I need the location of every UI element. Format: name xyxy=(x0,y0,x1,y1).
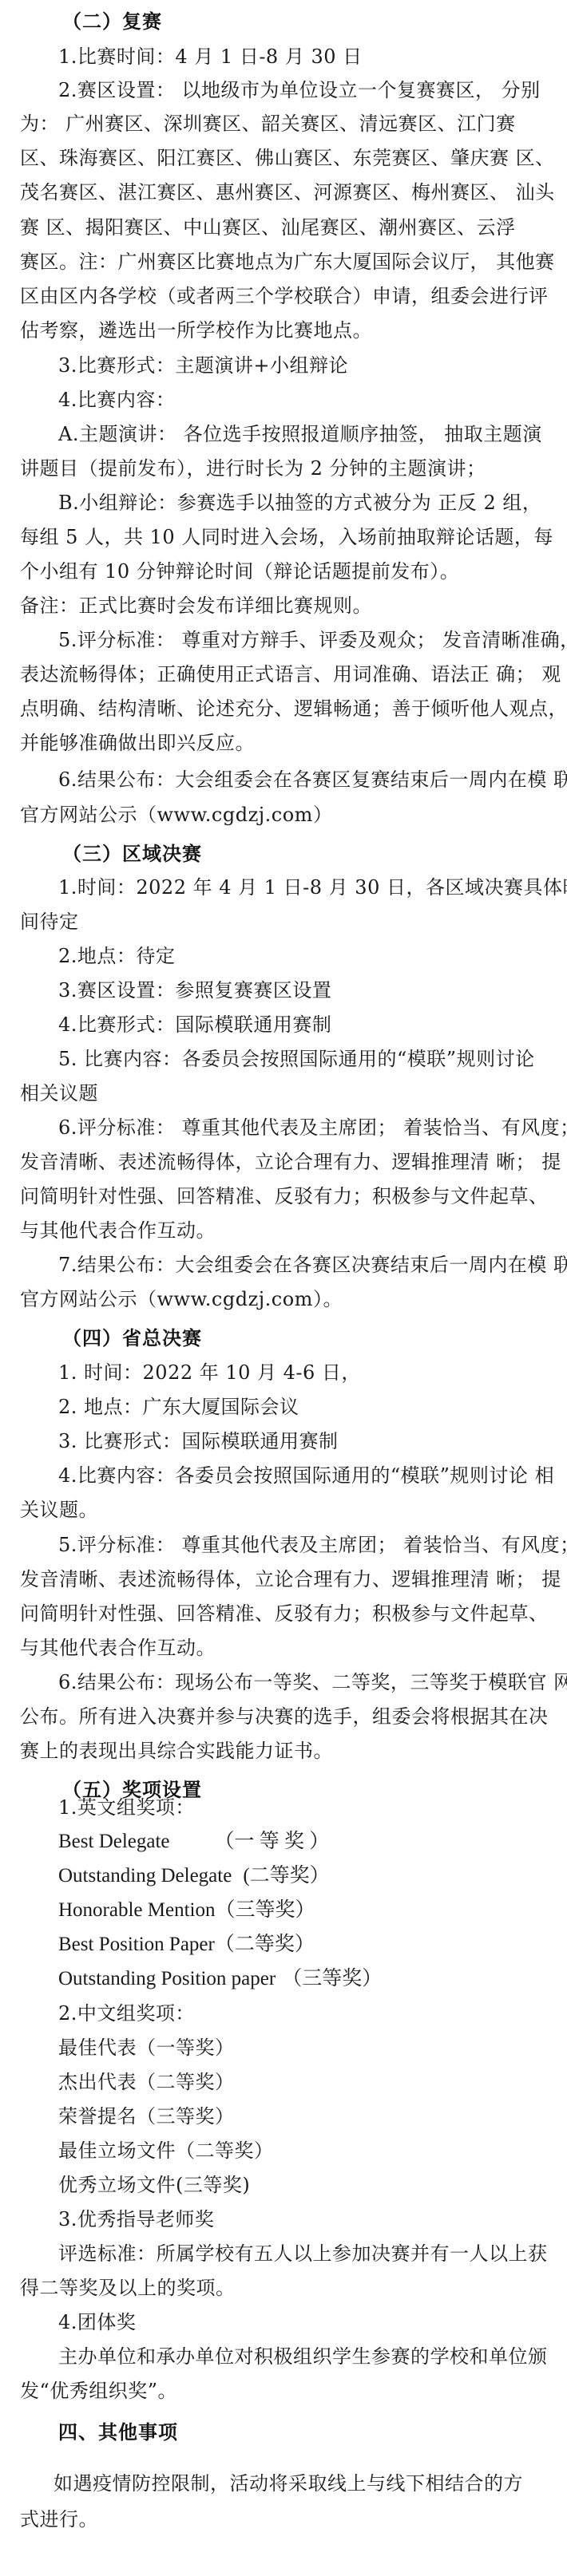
paragraph-line: 每组 5 人，共 10 人同时进入会场，入场前抽取辩论话题，每 xyxy=(20,525,553,549)
award-item-best-position-paper: Best Position Paper（二等奖） xyxy=(58,1933,315,1957)
award-item: 最佳立场文件（二等奖） xyxy=(58,2139,274,2163)
award-name: Honorable Mention xyxy=(58,1899,215,1921)
paragraph-line: 发音清晰、表述流畅得体，立论合理有力、逻辑推理清 晰； 提 xyxy=(20,1150,561,1174)
paragraph-line: 6.结果公布：现场公布一等奖、二等奖，三等奖于模联官 网 xyxy=(58,1670,567,1694)
paragraph-line: 相关议题 xyxy=(20,1081,98,1105)
paragraph-line: 1. 时间：2022 年 10 月 4-6 日， xyxy=(58,1361,361,1385)
award-rank: （三等奖） xyxy=(215,1899,315,1921)
paragraph-line: 2. 地点：广东大厦国际会议 xyxy=(58,1395,299,1419)
paragraph-line: 2.地点：待定 xyxy=(58,944,175,968)
award-item: 优秀立场文件(三等奖) xyxy=(58,2173,250,2197)
paragraph-line: 赛区。注：广州赛区比赛地点为广东大厦国际会议厅， 其他赛 xyxy=(20,250,555,274)
paragraph-line: 发“优秀组织奖”。 xyxy=(20,2379,177,2403)
section-heading-other-matters: 四、其他事项 xyxy=(58,2420,178,2444)
paragraph-line: B.小组辩论：参赛选手以抽签的方式被分为 正反 2 组， xyxy=(58,491,541,515)
paragraph-line: 与其他代表合作互动。 xyxy=(20,1219,216,1243)
paragraph-line: 6.结果公布：大会组委会在各赛区复赛结束后一周内在模 联 xyxy=(58,768,567,792)
paragraph-line: 赛 区、揭阳赛区、中山赛区、汕尾赛区、潮州赛区、云浮 xyxy=(20,215,516,239)
paragraph-line: 5.评分标准： 尊重对方辩手、评委及观众； 发音清晰准确， xyxy=(58,628,567,652)
paragraph-line: A.主题演讲： 各位选手按照报道顺序抽签， 抽取主题演 xyxy=(58,422,542,446)
paragraph-line: 讲题目（提前发布），进行时长为 2 分钟的主题演讲； xyxy=(20,456,486,480)
award-name: Best Delegate xyxy=(58,1831,170,1852)
paragraph-line: 公布。所有进入决赛并参与决赛的选手，组委会将根据其在决 xyxy=(20,1705,549,1729)
paragraph-line: 表达流畅得体；正确使用正式语言、用词准确、语法正 确； 观 xyxy=(20,662,561,686)
paragraph-line: 3.比赛形式：主题演讲+小组辩论 xyxy=(58,354,348,377)
award-rank: （三等奖） xyxy=(282,1968,382,1989)
paragraph-line: 关议题。 xyxy=(20,1498,98,1522)
paragraph-line: 点明确、结构清晰、论述充分、逻辑畅通；善于倾听他人观点， xyxy=(20,697,567,721)
paragraph-line: 1.时间：2022 年 4 月 1 日-8 月 30 日，各区域决赛具体时 xyxy=(58,875,567,899)
award-name: Outstanding Position paper xyxy=(58,1968,276,1989)
paragraph-line: 个小组有 10 分钟辩论时间（辩论话题提前发布）。 xyxy=(20,559,459,583)
paragraph-line: 如遇疫情防控限制，活动将采取线上与线下相结合的方 xyxy=(54,2471,523,2495)
paragraph-line: 官方网站公示（www.cgdzj.com）。 xyxy=(20,1287,343,1311)
award-item-best-delegate: Best Delegate（一 等 奖 ） xyxy=(58,1830,329,1854)
paragraph-line: 式进行。 xyxy=(20,2507,98,2531)
award-item-honorable-mention: Honorable Mention（三等奖） xyxy=(58,1898,315,1922)
section-heading-semifinal: （二）复赛 xyxy=(62,10,162,34)
teacher-award-title: 3.优秀指导老师奖 xyxy=(58,2207,214,2231)
paragraph-line: 4.比赛形式：国际模联通用赛制 xyxy=(58,1013,331,1037)
paragraph-line: 2.赛区设置： 以地级市为单位设立一个复赛赛区， 分别 xyxy=(58,78,541,102)
award-rank: （一 等 奖 ） xyxy=(215,1831,330,1852)
award-item: 杰出代表（二等奖） xyxy=(58,2070,235,2094)
award-item: 最佳代表（一等奖） xyxy=(58,2036,235,2060)
paragraph-line: 茂名赛区、湛江赛区、惠州赛区、河源赛区、梅州赛区、 汕头 xyxy=(20,180,555,204)
english-awards-title: 1.英文组奖项： xyxy=(58,1796,195,1819)
paragraph-line: 得二等奖及以上的奖项。 xyxy=(20,2276,236,2300)
paragraph-line: 4.比赛内容：各委员会按照国际通用的“模联”规则讨论 相 xyxy=(58,1464,554,1488)
award-rank: (二等奖） xyxy=(243,1865,329,1887)
paragraph-line: 问简明针对性强、回答精准、反驳有力；积极参与文件起草、 xyxy=(20,1184,549,1208)
paragraph-line: 问简明针对性强、回答精准、反驳有力；积极参与文件起草、 xyxy=(20,1602,549,1626)
paragraph-line: 3. 比赛形式：国际模联通用赛制 xyxy=(58,1429,339,1453)
award-item: 荣誉提名（三等奖） xyxy=(58,2104,235,2128)
award-item-outstanding-position-paper: Outstanding Position paper（三等奖） xyxy=(58,1967,382,1991)
paragraph-line: 1.比赛时间：4 月 1 日-8 月 30 日 xyxy=(58,45,363,69)
award-name: Best Position Paper xyxy=(58,1934,215,1955)
paragraph-line: 备注：正式比赛时会发布详细比赛规则。 xyxy=(20,594,372,618)
paragraph-line: 7.结果公布：大会组委会在各赛区决赛结束后一周内在模 联 xyxy=(58,1253,567,1277)
chinese-awards-title: 2.中文组奖项： xyxy=(58,2001,195,2025)
paragraph-line: 5. 比赛内容：各委员会按照国际通用的“模联”规则讨论 xyxy=(58,1047,535,1071)
section-heading-regional-final: （三）区域决赛 xyxy=(62,842,202,866)
paragraph-line: 并能够准确做出即兴反应。 xyxy=(20,731,255,755)
paragraph-line: 5.评分标准： 尊重其他代表及主席团； 着装恰当、有风度； xyxy=(58,1533,567,1557)
section-heading-provincial-final: （四）省总决赛 xyxy=(62,1326,202,1350)
award-item-outstanding-delegate: Outstanding Delegate(二等奖） xyxy=(58,1864,330,1888)
award-rank: （二等奖） xyxy=(215,1934,315,1955)
paragraph-line: 区由区内各学校（或者两三个学校联合）申请，组委会进行评 xyxy=(20,284,549,308)
paragraph-line: 4.比赛内容： xyxy=(58,388,175,412)
paragraph-line: 与其他代表合作互动。 xyxy=(20,1636,216,1660)
document-page: （二）复赛 1.比赛时间：4 月 1 日-8 月 30 日 2.赛区设置： 以地… xyxy=(0,0,567,2576)
paragraph-line: 主办单位和承办单位对积极组织学生参赛的学校和单位颁 xyxy=(58,2345,548,2369)
paragraph-line: 为： 广州赛区、深圳赛区、韶关赛区、清远赛区、江门赛 xyxy=(20,112,516,136)
paragraph-line: 估考察，遴选出一所学校作为比赛地点。 xyxy=(20,318,372,342)
paragraph-line: 赛上的表现出具综合实践能力证书。 xyxy=(20,1739,333,1763)
paragraph-line: 6.评分标准： 尊重其他代表及主席团； 着装恰当、有风度； xyxy=(58,1116,567,1140)
paragraph-line: 评选标准：所属学校有五人以上参加决赛并有一人以上获 xyxy=(58,2242,548,2266)
award-name: Outstanding Delegate xyxy=(58,1865,232,1887)
paragraph-line: 区、珠海赛区、阳江赛区、佛山赛区、东莞赛区、肇庆赛 区、 xyxy=(20,146,555,170)
paragraph-line: 间待定 xyxy=(20,910,79,934)
paragraph-line: 3.赛区设置：参照复赛赛区设置 xyxy=(58,978,331,1002)
team-award-title: 4.团体奖 xyxy=(58,2310,136,2334)
paragraph-line: 发音清晰、表述流畅得体，立论合理有力、逻辑推理清 晰； 提 xyxy=(20,1567,561,1591)
paragraph-line: 官方网站公示（www.cgdzj.com） xyxy=(20,803,332,827)
